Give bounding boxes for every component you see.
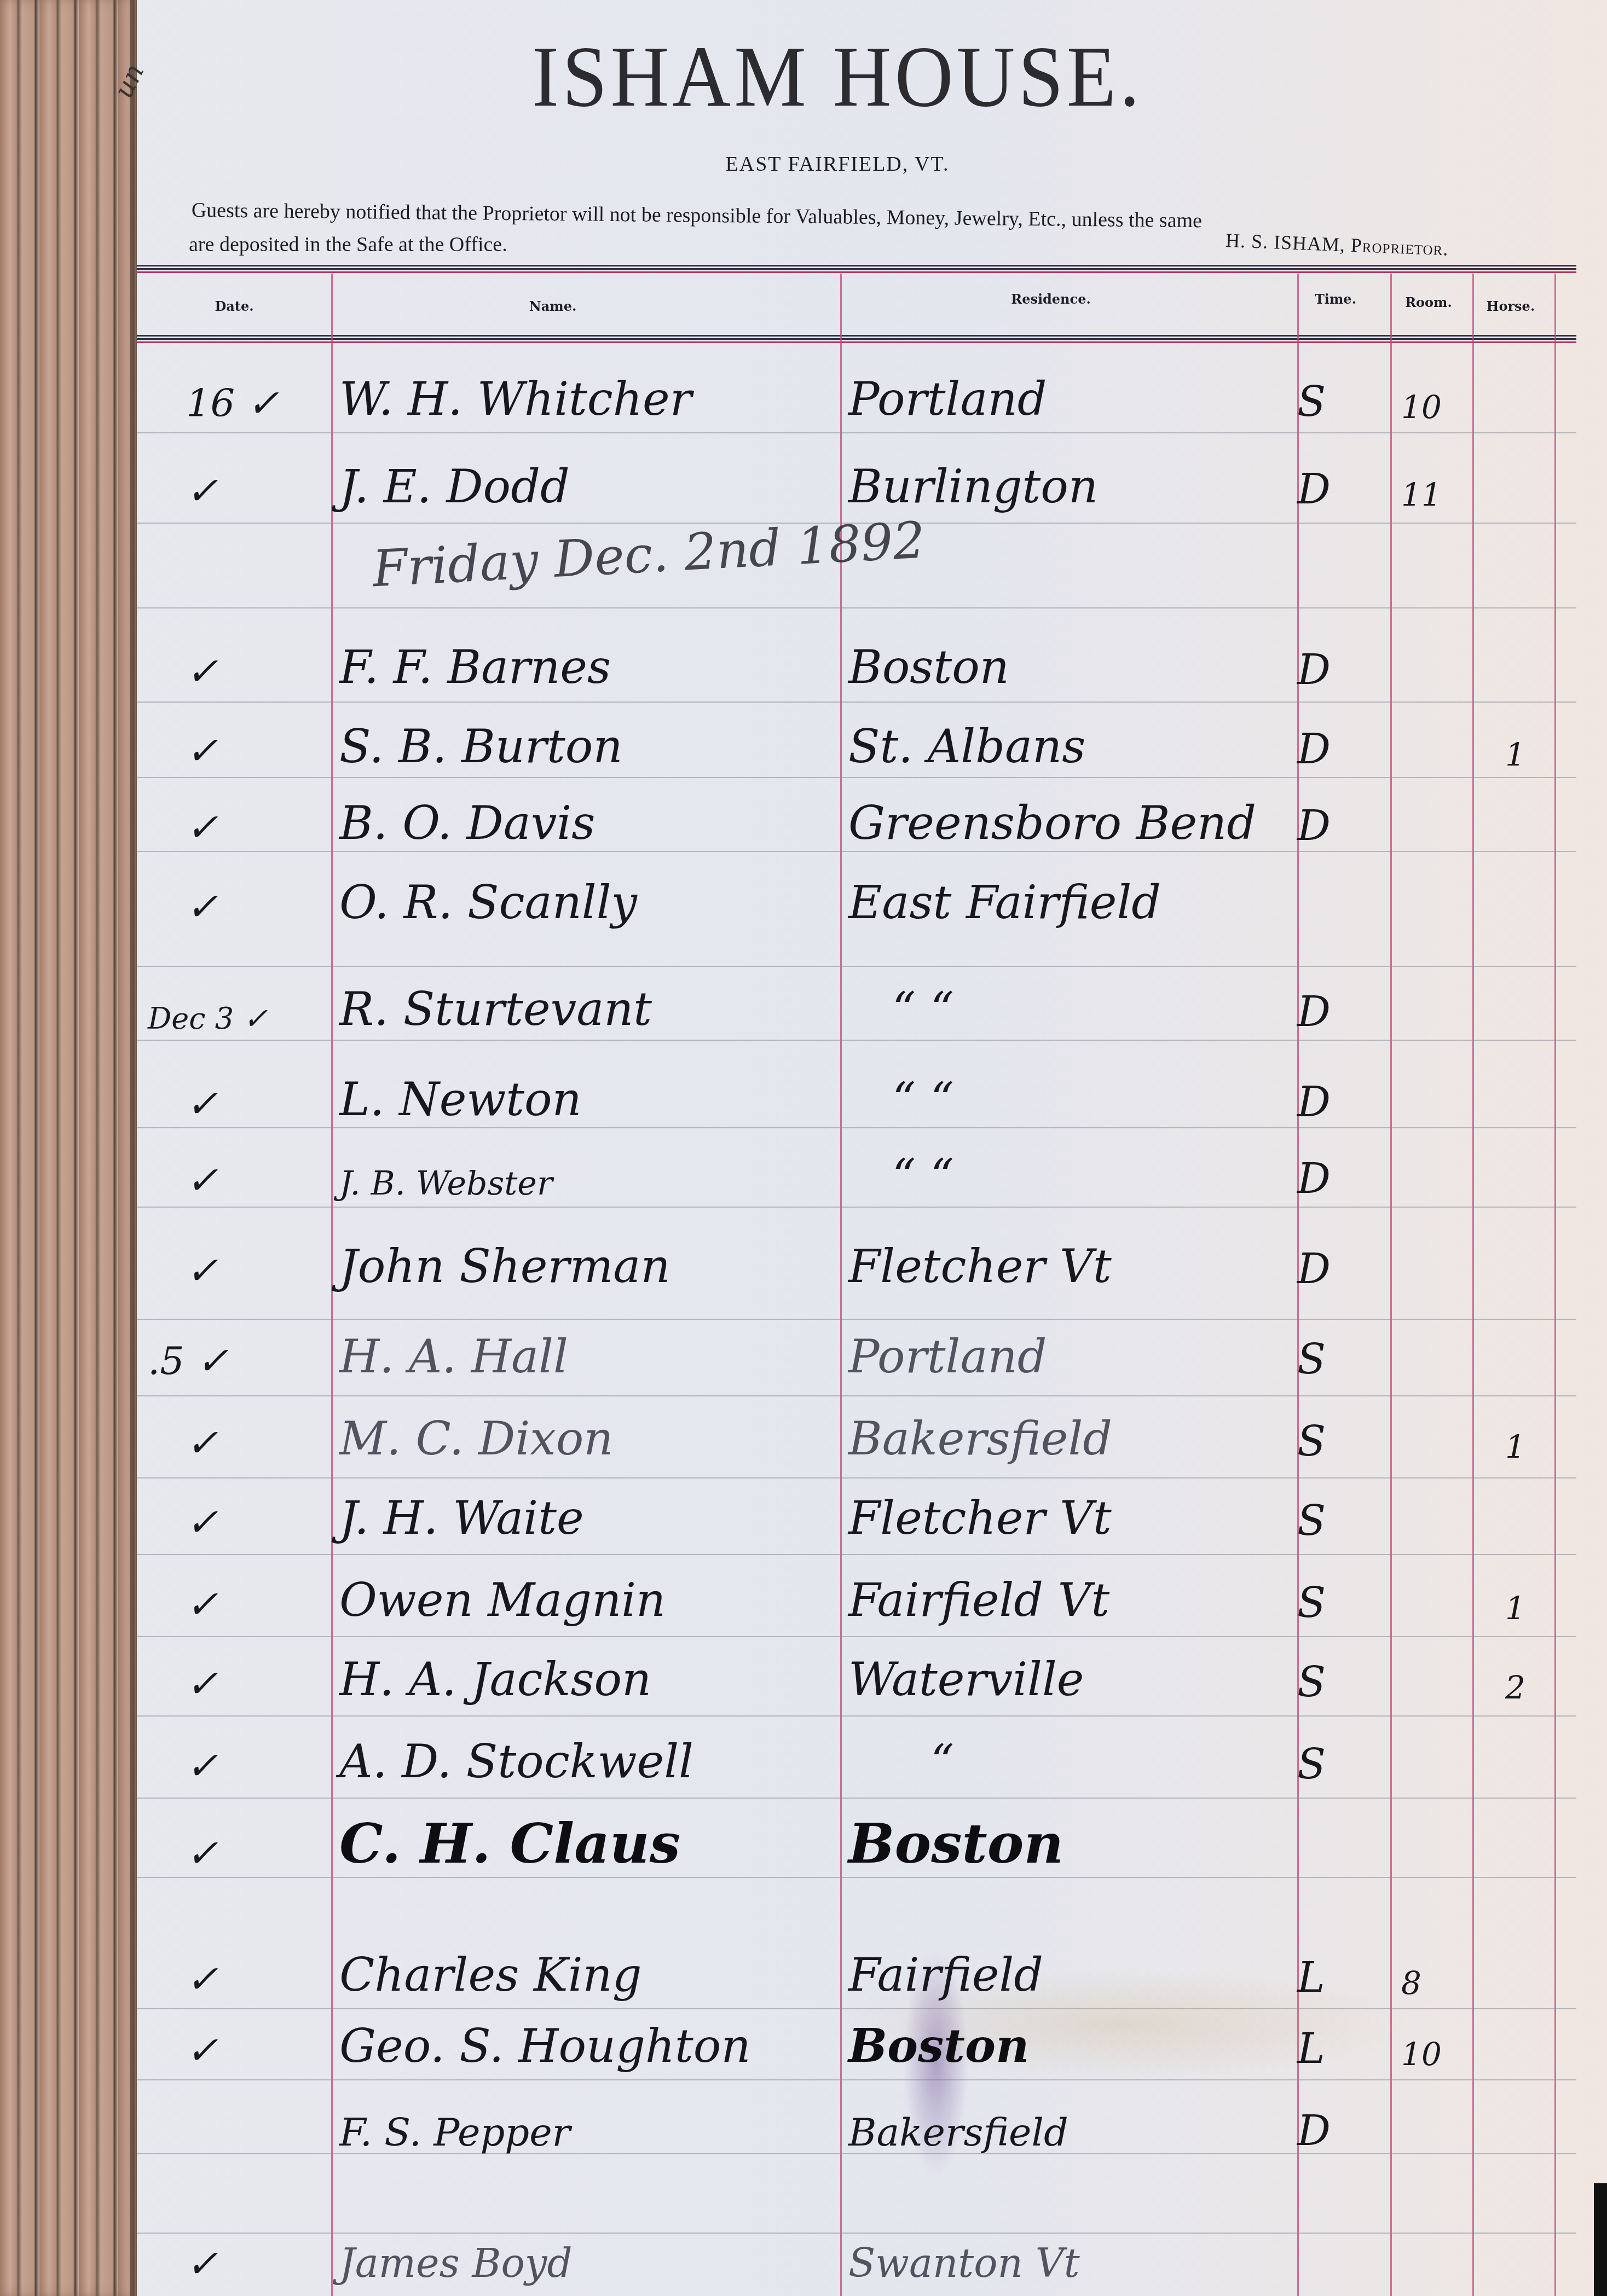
register-row: ✓ J. E. Dodd Burlington D 11 (137, 427, 1576, 525)
column-header-residence: Residence. (1011, 291, 1091, 307)
entry-name: H. A. Hall (339, 1330, 568, 1383)
column-header-room: Room. (1405, 294, 1452, 310)
entry-residence: Fletcher Vt (848, 1239, 1112, 1293)
entry-name: J. B. Webster (339, 1164, 553, 1203)
entry-time: D (1297, 1154, 1331, 1203)
entry-time: S (1297, 1740, 1326, 1788)
entry-date: ✓ (186, 2028, 218, 2073)
register-row: ✓ James Boyd Swanton Vt (137, 2200, 1576, 2296)
proprietor-name: H. S. ISHAM, Proprietor. (1225, 229, 1449, 260)
entry-name: Geo. S. Houghton (339, 2019, 751, 2073)
register-row: ✓ A. D. Stockwell “ S (137, 1702, 1576, 1800)
entry-room: 10 (1401, 389, 1442, 426)
entry-residence: Bakersfield (848, 2110, 1068, 2155)
register-row: ✓ J. B. Webster “ “ D (137, 1116, 1576, 1215)
entry-time: D (1297, 2106, 1331, 2155)
register-row: 16 ✓ W. H. Whitcher Portland S 10 (137, 339, 1576, 438)
notice-text-line2: are deposited in the Safe at the Office. (189, 233, 507, 257)
entry-date: ✓ (186, 1661, 218, 1706)
entry-residence: “ “ (892, 982, 954, 1036)
entry-residence: Waterville (848, 1653, 1084, 1706)
entry-date: .5 ✓ (148, 1338, 229, 1383)
entry-time: D (1297, 1244, 1331, 1293)
entry-time: S (1297, 377, 1326, 426)
register-page: un ISHAM HOUSE. EAST FAIRFIELD, VT. Gues… (0, 0, 1607, 2296)
entry-time: S (1297, 1496, 1326, 1545)
register-row: F. S. Pepper Bakersfield D (137, 2068, 1576, 2167)
page-edge (130, 0, 135, 2296)
entry-residence: Portland (848, 1330, 1047, 1383)
notice-text-line1: Guests are hereby notified that the Prop… (192, 198, 1203, 233)
entry-residence: “ (930, 1735, 954, 1788)
entry-name: F. S. Pepper (339, 2110, 570, 2155)
register-row: Dec 3 ✓ R. Sturtevant “ “ D (137, 949, 1576, 1048)
entry-date: ✓ (186, 1158, 218, 1203)
entry-name: C. H. Claus (339, 1811, 680, 1876)
entry-residence: Boston (848, 640, 1009, 694)
register-row: ✓ O. R. Scanlly East Fairfield (137, 843, 1576, 941)
entry-time: D (1297, 465, 1331, 513)
entry-residence: Burlington (848, 460, 1098, 513)
register-row: ✓ John Sherman Fletcher Vt D (137, 1207, 1576, 1305)
entry-residence: Portland (848, 372, 1047, 426)
entry-name: H. A. Jackson (339, 1653, 651, 1706)
entry-date: ✓ (186, 2241, 218, 2286)
entry-room: 11 (1401, 476, 1442, 513)
entry-name: James Boyd (339, 2240, 573, 2286)
entry-residence: East Fairfield (848, 876, 1161, 929)
column-header-date: Date. (215, 298, 253, 314)
entry-residence: Bakersfield (848, 1412, 1112, 1465)
entry-residence: Boston (848, 2019, 1029, 2073)
entry-residence: Fletcher Vt (848, 1491, 1112, 1545)
book-page-stack (0, 0, 137, 2296)
entry-time: L (1297, 2024, 1325, 2073)
entry-date: ✓ (186, 1500, 218, 1545)
entry-date: Dec 3 ✓ (148, 1001, 268, 1036)
entry-name: Owen Magnin (339, 1573, 666, 1627)
register-row: ✓ C. H. Claus Boston (137, 1789, 1576, 1888)
entry-name: John Sherman (339, 1239, 670, 1293)
entry-residence: Fairfield Vt (848, 1573, 1109, 1627)
entry-name: M. C. Dixon (339, 1412, 613, 1465)
entry-date: 16 ✓ (186, 381, 279, 426)
next-page-shadow (1594, 2183, 1607, 2296)
entry-residence: Boston (848, 1811, 1063, 1876)
entry-date: ✓ (186, 1743, 218, 1788)
column-header-time: Time. (1315, 291, 1356, 307)
header-rule-top (137, 265, 1576, 274)
entry-room: 10 (1401, 2036, 1442, 2073)
entry-date: ✓ (186, 884, 218, 929)
entry-residence: Swanton Vt (848, 2240, 1080, 2286)
hotel-title: ISHAM HOUSE. (137, 26, 1538, 127)
entry-name: F. F. Barnes (339, 640, 611, 694)
entry-name: A. D. Stockwell (339, 1735, 693, 1788)
entry-date: ✓ (186, 468, 218, 513)
entry-residence: Greensboro Bend (848, 796, 1256, 850)
entry-time: S (1297, 1657, 1326, 1706)
entry-name: O. R. Scanlly (339, 876, 637, 929)
column-header-name: Name. (529, 298, 577, 314)
entry-name: R. Sturtevant (339, 982, 652, 1036)
entry-time: D (1297, 987, 1331, 1036)
entry-name: J. H. Waite (339, 1491, 584, 1545)
entry-horse: 2 (1505, 1669, 1525, 1706)
entry-time: S (1297, 1335, 1326, 1383)
entry-date: ✓ (186, 1831, 218, 1876)
entry-name: J. E. Dodd (339, 460, 570, 513)
hotel-location: EAST FAIRFIELD, VT. (137, 152, 1538, 176)
entry-date: ✓ (186, 1248, 218, 1293)
column-header-horse: Horse. (1487, 298, 1535, 314)
entry-name: B. O. Davis (339, 796, 595, 850)
entry-name: W. H. Whitcher (339, 372, 692, 426)
entry-residence: “ “ (892, 1149, 954, 1203)
